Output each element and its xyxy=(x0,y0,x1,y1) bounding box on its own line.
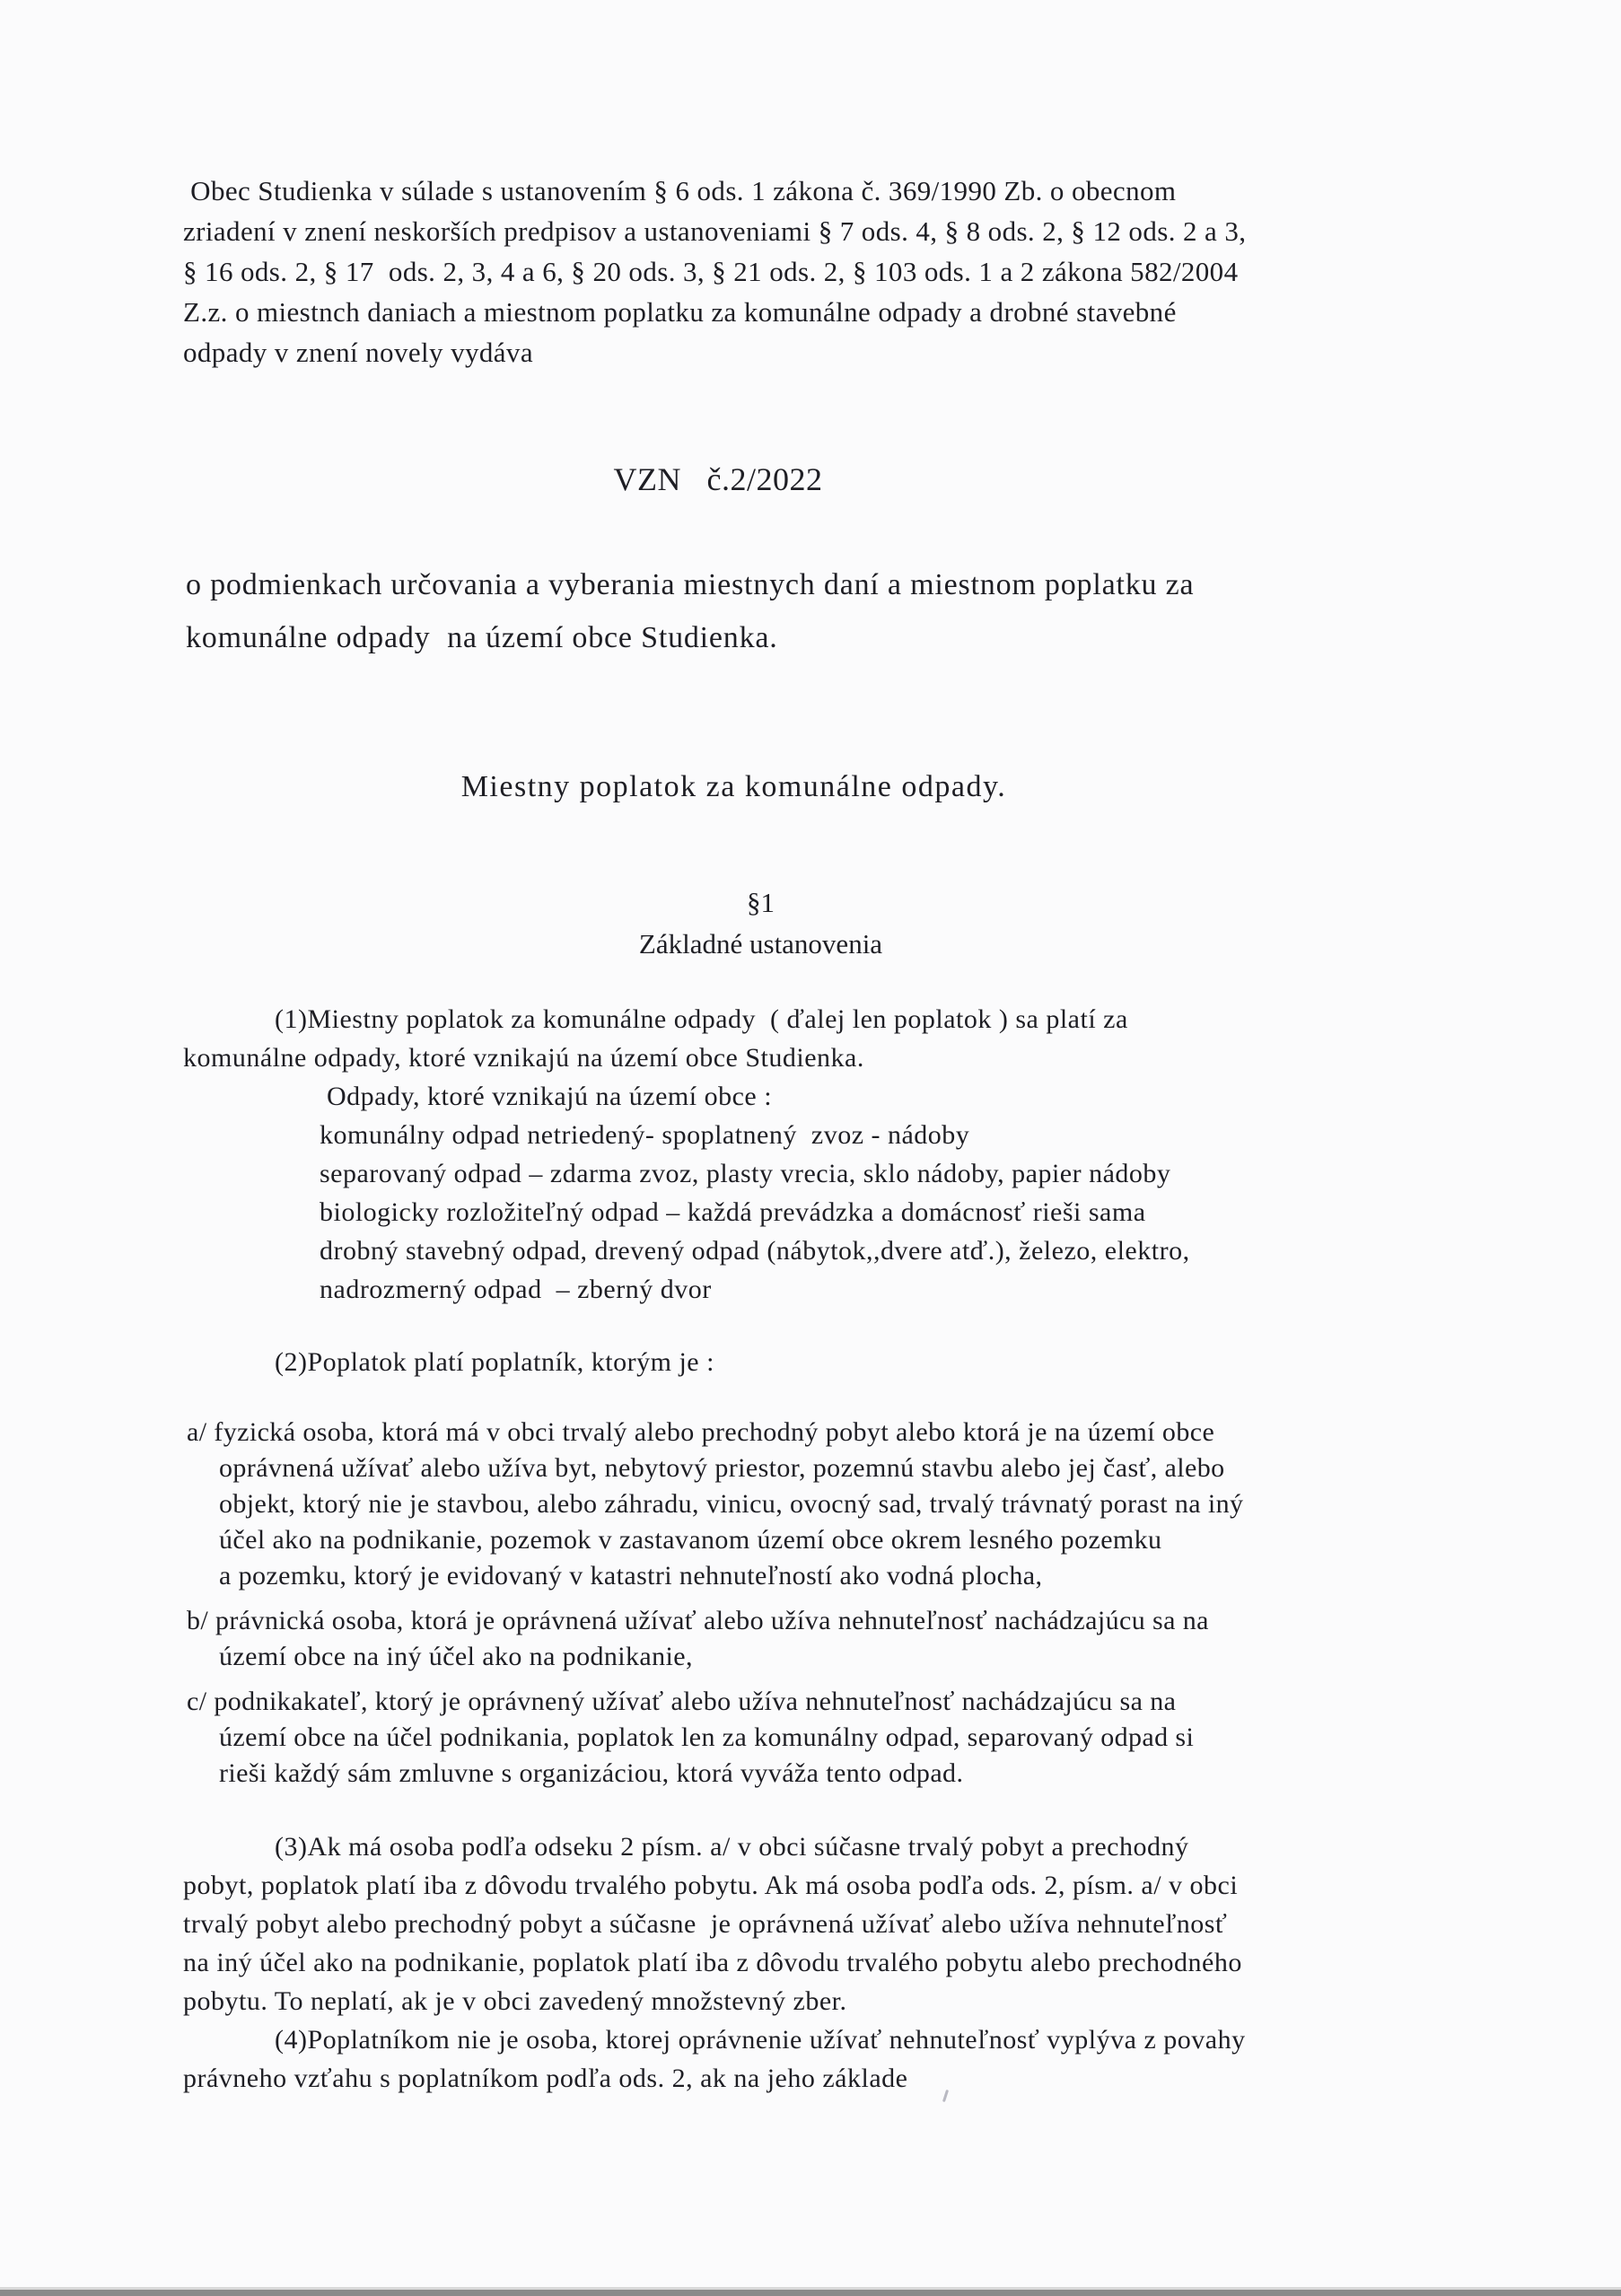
text-line: oprávnená užívať alebo užíva byt, nebyto… xyxy=(219,1450,1506,1486)
article-number: §1 xyxy=(184,882,1337,924)
payer-item: b/ právnická osoba, ktorá je oprávnená u… xyxy=(187,1603,1506,1675)
text-line: komunálny odpad netriedený- spoplatnený … xyxy=(320,1116,1480,1154)
text-line: odpady v znení novely vydáva xyxy=(183,332,1480,372)
text-line: § 16 ods. 2, § 17 ods. 2, 3, 4 a 6, § 20… xyxy=(183,251,1480,292)
paragraphs-3-4: (3)Ak má osoba podľa odseku 2 písm. a/ v… xyxy=(183,1827,1489,2098)
waste-list: komunálny odpad netriedený- spoplatnený … xyxy=(320,1116,1480,1309)
paragraph-1-text: (1)Miestny poplatok za komunálne odpady … xyxy=(183,1000,1480,1077)
payer-item: c/ podnikakateľ, ktorý je oprávnený užív… xyxy=(187,1684,1506,1792)
document-page: Obec Studienka v súlade s ustanovením § … xyxy=(0,0,1621,2296)
text-line: pobytu. To neplatí, ak je v obci zaveden… xyxy=(183,1982,1489,2020)
document-subtitle: o podmienkach určovania a vyberania mies… xyxy=(186,558,1460,664)
text-line: drobný stavebný odpad, drevený odpad (ná… xyxy=(320,1231,1480,1270)
text-line: zriadení v znení neskorších predpisov a … xyxy=(183,211,1480,251)
waste-list-intro: Odpady, ktoré vznikajú na území obce : xyxy=(320,1077,1480,1116)
text-line: trvalý pobyt alebo prechodný pobyt a súč… xyxy=(183,1905,1489,1943)
text-line: c/ podnikakateľ, ktorý je oprávnený užív… xyxy=(187,1684,1506,1720)
text-line: biologicky rozložiteľný odpad – každá pr… xyxy=(320,1193,1480,1231)
text-line: na iný účel ako na podnikanie, poplatok … xyxy=(183,1943,1489,1982)
text-line: právneho vzťahu s poplatníkom podľa ods.… xyxy=(183,2059,1489,2098)
article-title: Základné ustanovenia xyxy=(184,924,1337,965)
text-line: (3)Ak má osoba podľa odseku 2 písm. a/ v… xyxy=(183,1827,1489,1866)
text-line: (4)Poplatníkom nie je osoba, ktorej oprá… xyxy=(183,2020,1489,2059)
paragraph-2: (2)Poplatok platí poplatník, ktorým je : xyxy=(183,1343,1480,1381)
text-line: nadrozmerný odpad – zberný dvor xyxy=(320,1270,1480,1309)
text-line: a pozemku, ktorý je evidovaný v katastri… xyxy=(219,1558,1506,1594)
text-line: objekt, ktorý nie je stavbou, alebo záhr… xyxy=(219,1486,1506,1522)
text-line: účel ako na podnikanie, pozemok v zastav… xyxy=(219,1522,1506,1558)
text-line: a/ fyzická osoba, ktorá má v obci trvalý… xyxy=(187,1415,1506,1450)
text-line: (1)Miestny poplatok za komunálne odpady … xyxy=(183,1000,1480,1038)
payer-list: a/ fyzická osoba, ktorá má v obci trvalý… xyxy=(187,1415,1506,1801)
document-title: VZN č.2/2022 xyxy=(184,460,1252,499)
payer-item: a/ fyzická osoba, ktorá má v obci trvalý… xyxy=(187,1415,1506,1594)
text-line: Obec Studienka v súlade s ustanovením § … xyxy=(183,171,1480,211)
section-heading: Miestny poplatok za komunálne odpady. xyxy=(184,768,1284,806)
text-line: separovaný odpad – zdarma zvoz, plasty v… xyxy=(320,1154,1480,1193)
text-line: komunálne odpady, ktoré vznikajú na územ… xyxy=(183,1038,1480,1077)
intro-paragraph: Obec Studienka v súlade s ustanovením § … xyxy=(183,171,1480,372)
text-line: rieši každý sám zmluvne s organizáciou, … xyxy=(219,1756,1506,1792)
scan-bottom-edge xyxy=(0,2290,1621,2296)
text-line: komunálne odpady na území obce Studienka… xyxy=(186,611,1460,664)
article-heading: §1 Základné ustanovenia xyxy=(184,882,1337,965)
text-line: území obce na iný účel ako na podnikanie… xyxy=(219,1639,1506,1675)
text-line: pobyt, poplatok platí iba z dôvodu trval… xyxy=(183,1866,1489,1905)
text-line: o podmienkach určovania a vyberania mies… xyxy=(186,558,1460,611)
paragraph-3-4-text: (3)Ak má osoba podľa odseku 2 písm. a/ v… xyxy=(183,1827,1489,2098)
text-line: Z.z. o miestnch daniach a miestnom popla… xyxy=(183,292,1480,332)
text-line: b/ právnická osoba, ktorá je oprávnená u… xyxy=(187,1603,1506,1639)
text-line: území obce na účel podnikania, poplatok … xyxy=(219,1720,1506,1756)
paragraph-1: (1)Miestny poplatok za komunálne odpady … xyxy=(183,1000,1480,1309)
